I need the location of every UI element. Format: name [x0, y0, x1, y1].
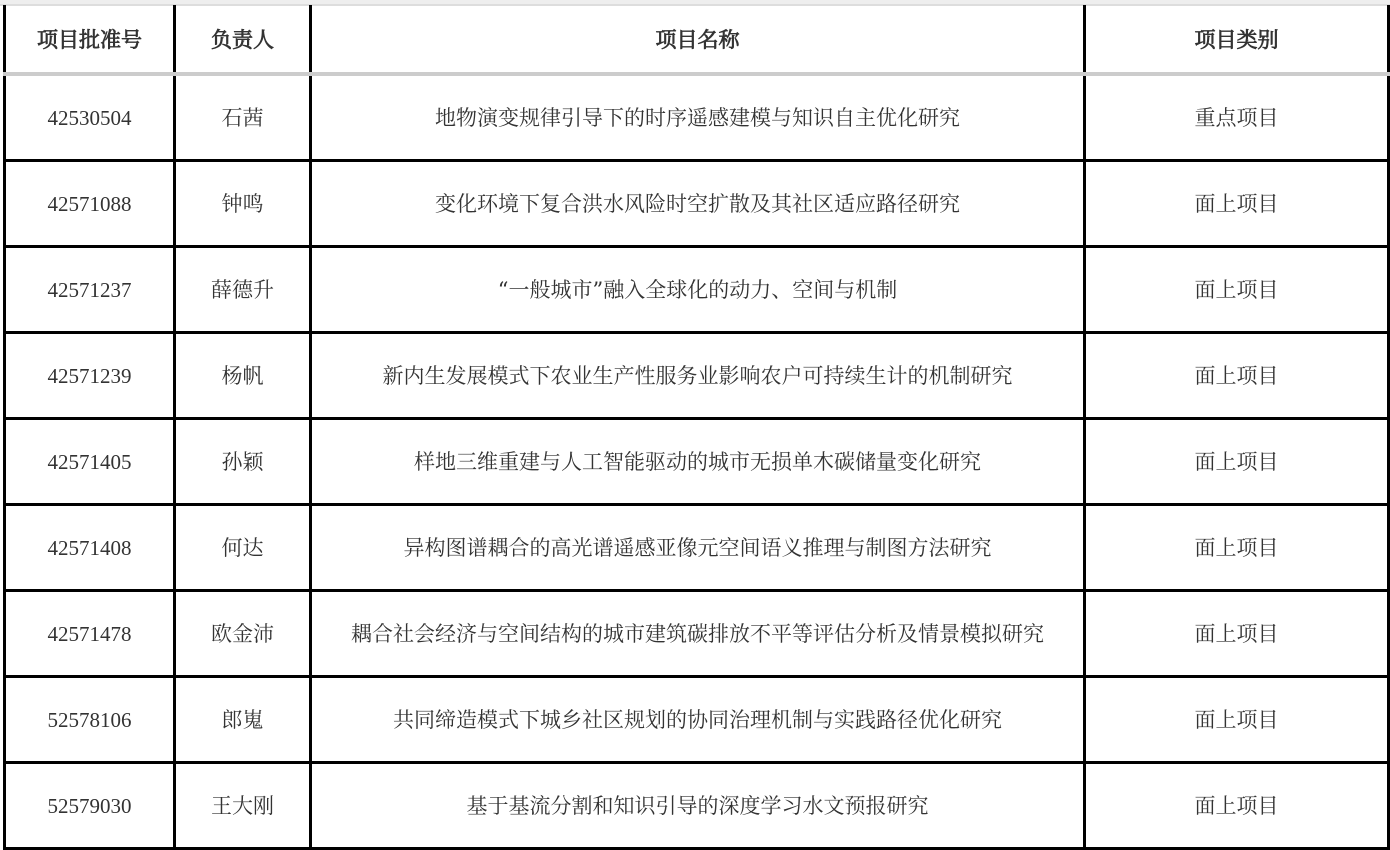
table-row: 42571478欧金沛耦合社会经济与空间结构的城市建筑碳排放不平等评估分析及情景… [5, 591, 1389, 677]
cell-project-category: 面上项目 [1085, 677, 1389, 763]
cell-leader: 薛德升 [175, 247, 311, 333]
cell-project-category: 重点项目 [1085, 74, 1389, 161]
table-header-row: 项目批准号 负责人 项目名称 项目类别 [5, 5, 1389, 74]
table-row: 42571405孙颖样地三维重建与人工智能驱动的城市无损单木碳储量变化研究面上项… [5, 419, 1389, 505]
header-leader: 负责人 [175, 5, 311, 74]
table-row: 42571237薛德升“一般城市”融入全球化的动力、空间与机制面上项目 [5, 247, 1389, 333]
cell-project-name: 耦合社会经济与空间结构的城市建筑碳排放不平等评估分析及情景模拟研究 [311, 591, 1085, 677]
cell-project-id: 42530504 [5, 74, 175, 161]
cell-leader: 杨帆 [175, 333, 311, 419]
header-project-name: 项目名称 [311, 5, 1085, 74]
cell-project-name: 新内生发展模式下农业生产性服务业影响农户可持续生计的机制研究 [311, 333, 1085, 419]
cell-project-category: 面上项目 [1085, 247, 1389, 333]
table-row: 42571408何达异构图谱耦合的高光谱遥感亚像元空间语义推理与制图方法研究面上… [5, 505, 1389, 591]
cell-project-id: 42571408 [5, 505, 175, 591]
table-row: 52578106郎嵬共同缔造模式下城乡社区规划的协同治理机制与实践路径优化研究面… [5, 677, 1389, 763]
header-project-id: 项目批准号 [5, 5, 175, 74]
cell-project-category: 面上项目 [1085, 419, 1389, 505]
cell-project-id: 42571239 [5, 333, 175, 419]
cell-project-id: 52579030 [5, 763, 175, 849]
cell-project-category: 面上项目 [1085, 333, 1389, 419]
cell-project-name: 异构图谱耦合的高光谱遥感亚像元空间语义推理与制图方法研究 [311, 505, 1085, 591]
cell-project-name: “一般城市”融入全球化的动力、空间与机制 [311, 247, 1085, 333]
table-row: 42530504石茜地物演变规律引导下的时序遥感建模与知识自主优化研究重点项目 [5, 74, 1389, 161]
cell-project-category: 面上项目 [1085, 591, 1389, 677]
cell-project-name: 样地三维重建与人工智能驱动的城市无损单木碳储量变化研究 [311, 419, 1085, 505]
cell-leader: 孙颖 [175, 419, 311, 505]
cell-leader: 王大刚 [175, 763, 311, 849]
cell-project-id: 42571237 [5, 247, 175, 333]
cell-project-id: 42571478 [5, 591, 175, 677]
cell-project-name: 共同缔造模式下城乡社区规划的协同治理机制与实践路径优化研究 [311, 677, 1085, 763]
cell-project-name: 地物演变规律引导下的时序遥感建模与知识自主优化研究 [311, 74, 1085, 161]
cell-project-name: 基于基流分割和知识引导的深度学习水文预报研究 [311, 763, 1085, 849]
cell-leader: 何达 [175, 505, 311, 591]
cell-leader: 钟鸣 [175, 161, 311, 247]
cell-project-category: 面上项目 [1085, 763, 1389, 849]
cell-project-category: 面上项目 [1085, 505, 1389, 591]
header-project-category: 项目类别 [1085, 5, 1389, 74]
table-row: 42571088钟鸣变化环境下复合洪水风险时空扩散及其社区适应路径研究面上项目 [5, 161, 1389, 247]
cell-project-name: 变化环境下复合洪水风险时空扩散及其社区适应路径研究 [311, 161, 1085, 247]
cell-project-id: 42571405 [5, 419, 175, 505]
table-row: 52579030王大刚基于基流分割和知识引导的深度学习水文预报研究面上项目 [5, 763, 1389, 849]
cell-leader: 石茜 [175, 74, 311, 161]
cell-project-category: 面上项目 [1085, 161, 1389, 247]
table-row: 42571239杨帆新内生发展模式下农业生产性服务业影响农户可持续生计的机制研究… [5, 333, 1389, 419]
project-table: 项目批准号 负责人 项目名称 项目类别 42530504石茜地物演变规律引导下的… [3, 5, 1390, 850]
cell-leader: 欧金沛 [175, 591, 311, 677]
cell-leader: 郎嵬 [175, 677, 311, 763]
cell-project-id: 52578106 [5, 677, 175, 763]
cell-project-id: 42571088 [5, 161, 175, 247]
